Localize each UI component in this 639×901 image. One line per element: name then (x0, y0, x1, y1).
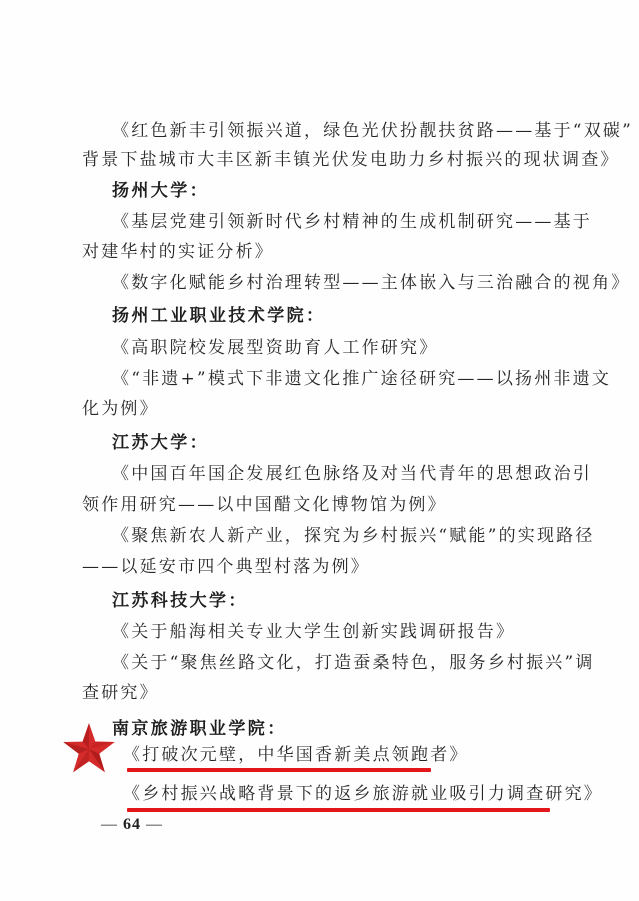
institution-heading: 江苏大学： (112, 433, 209, 453)
page-number: — 64 — (101, 816, 163, 834)
page-number-value: 64 (123, 816, 141, 833)
title-line-continued: ——以延安市四个典型村落为例》 (82, 557, 370, 577)
title-line: 《中国百年国企发展红色脉络及对当代青年的思想政治引 (112, 464, 592, 484)
title-line: 《“非遗+”模式下非遗文化推广途径研究——以扬州非遗文 (112, 369, 611, 389)
page-number-dash-left: — (101, 816, 118, 833)
title-line-continued: 化为例》 (82, 399, 159, 419)
red-star-icon (62, 722, 116, 774)
institution-heading: 江苏科技大学： (112, 591, 248, 611)
title-line: 《高职院校发展型资助育人工作研究》 (112, 338, 438, 358)
page-number-dash-right: — (146, 816, 163, 833)
institution-heading: 扬州工业职业技术学院： (112, 306, 325, 326)
document-page: 《红色新丰引领振兴道，绿色光伏扮靓扶贫路——基于“双碳” 背景下盐城市大丰区新丰… (0, 0, 639, 901)
title-line: 《基层党建引领新时代乡村精神的生成机制研究——基于 (112, 212, 592, 232)
title-line: 《数字化赋能乡村治理转型——主体嵌入与三治融合的视角》 (112, 273, 630, 293)
red-underline (127, 808, 550, 812)
title-line: 《关于“聚焦丝路文化，打造蚕桑特色，服务乡村振兴”调 (112, 653, 595, 673)
highlighted-title-line: 《乡村振兴战略背景下的返乡旅游就业吸引力调查研究》 (123, 784, 603, 804)
title-line-continued: 查研究》 (82, 683, 159, 703)
red-underline (127, 768, 431, 772)
title-line: 《关于船海相关专业大学生创新实践调研报告》 (112, 622, 515, 642)
institution-heading: 扬州大学： (112, 181, 209, 201)
title-line-continued: 背景下盐城市大丰区新丰镇光伏发电助力乡村振兴的现状调查》 (82, 150, 620, 170)
institution-heading: 南京旅游职业学院： (112, 719, 287, 739)
title-line: 《聚焦新农人新产业，探究为乡村振兴“赋能”的实现路径 (112, 526, 595, 546)
title-line-continued: 领作用研究——以中国醋文化博物馆为例》 (82, 495, 447, 515)
highlighted-title-line: 《打破次元壁，中华国香新美点领跑者》 (123, 745, 469, 765)
title-line-continued: 对建华村的实证分析》 (82, 242, 274, 262)
title-line: 《红色新丰引领振兴道，绿色光伏扮靓扶贫路——基于“双碳” (112, 121, 633, 141)
